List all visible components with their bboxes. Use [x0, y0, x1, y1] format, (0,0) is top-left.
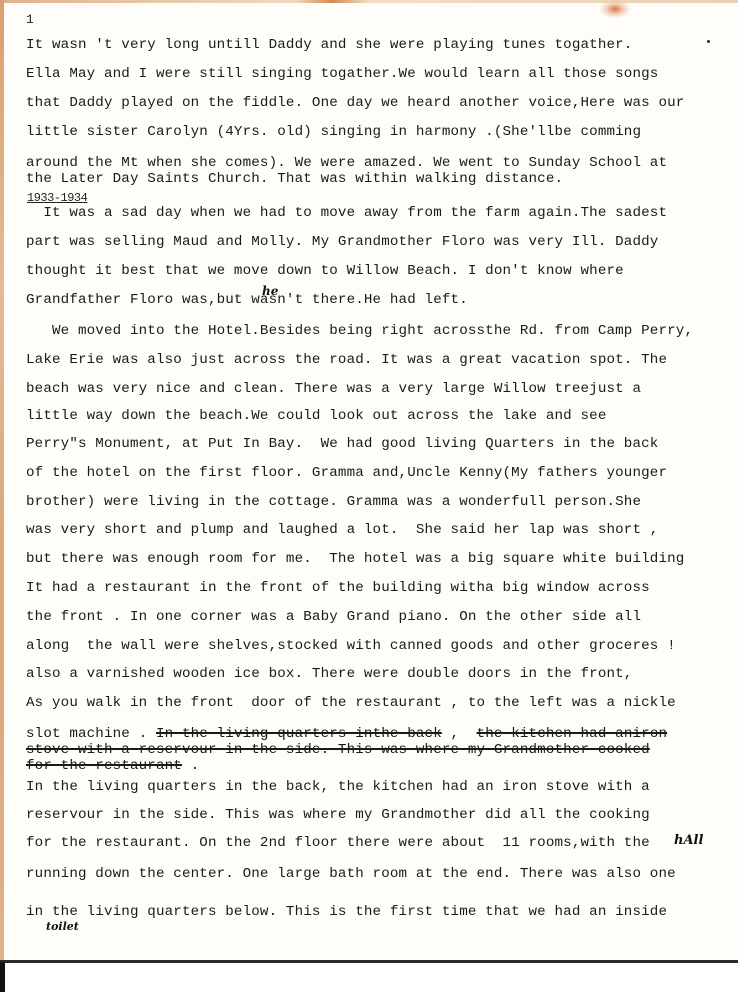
- text-line: Perry"s Monument, at Put In Bay. We had …: [26, 436, 658, 452]
- text-line: that Daddy played on the fiddle. One day…: [26, 95, 684, 111]
- paper-stain: [600, 0, 630, 18]
- text-line: of the hotel on the first floor. Gramma …: [26, 465, 667, 481]
- text-line-slot-machine: slot machine . In the living quarters in…: [26, 726, 667, 742]
- text-line-struck-tail: for the restaurant .: [26, 758, 199, 774]
- text-line: the Later Day Saints Church. That was wi…: [26, 171, 563, 187]
- text-line: also a varnished wooden ice box. There w…: [26, 666, 632, 682]
- text-line: In the living quarters in the back, the …: [26, 779, 650, 795]
- page-bottom-edge: [0, 960, 738, 963]
- text-line: thought it best that we move down to Wil…: [26, 263, 624, 279]
- paper-left-edge: [0, 0, 4, 962]
- text-line: along the wall were shelves,stocked with…: [26, 638, 676, 654]
- text-line: beach was very nice and clean. There was…: [26, 381, 641, 397]
- text-line: around the Mt when she comes). We were a…: [26, 155, 667, 171]
- text-line: Ella May and I were still singing togath…: [26, 66, 658, 82]
- text-line: little way down the beach.We could look …: [26, 408, 606, 424]
- date-heading: 1933-1934: [27, 191, 87, 205]
- text-line: in the living quarters below. This is th…: [26, 904, 667, 920]
- text-line: It wasn 't very long untill Daddy and sh…: [26, 37, 632, 53]
- text-line: reservour in the side. This was where my…: [26, 807, 650, 823]
- text-line: the front . In one corner was a Baby Gra…: [26, 609, 641, 625]
- text-line: We moved into the Hotel.Besides being ri…: [26, 323, 693, 339]
- text-span: slot machine .: [26, 726, 156, 742]
- page-number: 1: [26, 12, 34, 27]
- text-line: for the restaurant. On the 2nd floor the…: [26, 835, 650, 851]
- text-span: ,: [442, 726, 477, 742]
- text-span: .: [182, 758, 199, 774]
- document-page: 1 It wasn 't very long untill Daddy and …: [0, 0, 738, 962]
- struck-text: for the restaurant: [26, 758, 182, 774]
- struck-text: the kitchen had aniron: [477, 726, 668, 742]
- struck-line: stove with a reservour in the side. This…: [26, 742, 650, 758]
- struck-text: In the living quarters inthe back: [156, 726, 442, 742]
- text-line: It was a sad day when we had to move awa…: [26, 205, 667, 221]
- paper-speck: [707, 40, 710, 43]
- text-line: As you walk in the front door of the res…: [26, 695, 676, 711]
- text-line: brother) were living in the cottage. Gra…: [26, 494, 641, 510]
- text-line: little sister Carolyn (4Yrs. old) singin…: [26, 124, 641, 140]
- text-line: It had a restaurant in the front of the …: [26, 580, 650, 596]
- scan-border: [0, 962, 5, 992]
- handwritten-hall: hAll: [674, 833, 703, 848]
- handwritten-insert-he: he: [262, 284, 278, 298]
- text-line: was very short and plump and laughed a l…: [26, 522, 658, 538]
- handwritten-toilet: toilet: [46, 920, 79, 933]
- text-line: part was selling Maud and Molly. My Gran…: [26, 234, 658, 250]
- text-line: Grandfather Floro was,but wasn't there.H…: [26, 292, 468, 308]
- text-line: Lake Erie was also just across the road.…: [26, 352, 667, 368]
- text-line: but there was enough room for me. The ho…: [26, 551, 684, 567]
- text-line: running down the center. One large bath …: [26, 866, 676, 882]
